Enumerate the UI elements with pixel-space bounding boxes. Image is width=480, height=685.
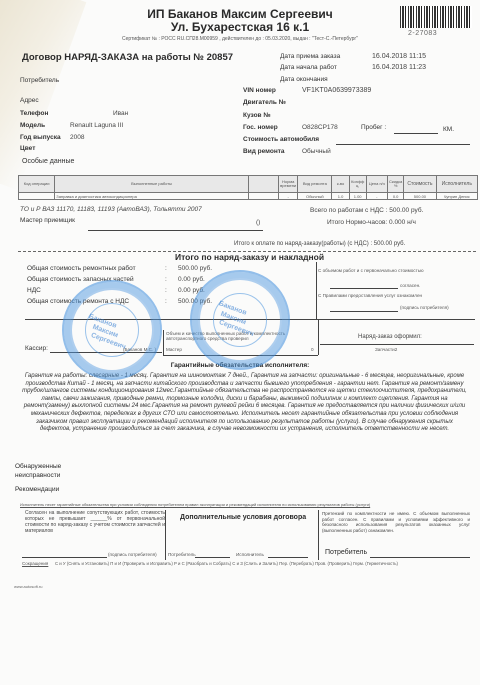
cell-coef: 1.00 <box>349 193 366 200</box>
col-norm: Норма времени <box>279 176 298 193</box>
defects-label-2: неисправности <box>15 472 60 479</box>
cell-qty: 1.0 <box>332 193 349 200</box>
work-order-document: ИП Баканов Максим Сергеевич Ул. Бухарест… <box>0 0 480 685</box>
agree-volume-text: С объемом работ и с первоначально стоимо… <box>318 268 424 273</box>
footer-consumer-label: Потребитель <box>168 552 196 557</box>
mileage-unit: КМ. <box>443 126 454 133</box>
agreed-text: согласен. <box>400 283 420 288</box>
consumer-label: Потребитель <box>20 77 59 84</box>
col-repair-type: Вид ремонта <box>298 176 332 193</box>
cell-discount: 0.0 <box>387 193 403 200</box>
additional-conditions-title: Дополнительные условия договора <box>180 514 306 521</box>
master-acceptor-value: () <box>256 219 260 226</box>
date-end-label: Дата окончания <box>280 76 328 83</box>
phone-label: Телефон <box>20 110 48 117</box>
year-value: 2008 <box>70 134 84 141</box>
model-value: Renault Laguna III <box>70 122 123 129</box>
address-label: Адрес <box>20 97 39 104</box>
agree-sign-line <box>330 288 398 289</box>
reference-text: ТО и Р ВАЗ 11170, 11183, 11193 (АвтоВАЗ)… <box>20 206 202 213</box>
col-qty: к-во <box>332 176 349 193</box>
table-row: Заправка и диагностика автокондиционера … <box>19 193 478 200</box>
date-accepted-value: 16.04.2018 11:15 <box>372 53 426 60</box>
footer-executor-label: Исполнитель <box>236 552 264 557</box>
color-label: Цвет <box>20 145 35 152</box>
col-coef: Коэфф ц. <box>349 176 366 193</box>
cell-blank <box>248 193 278 200</box>
abbrev-text: С и У (Снять и Установить) П и И (Провер… <box>55 561 398 566</box>
cell-norm: - <box>279 193 298 200</box>
cell-cost: 500.00 <box>404 193 436 200</box>
cell-executor: Чуприн Денис <box>436 193 477 200</box>
master-acceptor-line <box>88 230 263 231</box>
vin-value: VF1KT0A0639973389 <box>302 87 371 94</box>
issued-label: Наряд-заказ оформил: <box>358 334 422 340</box>
claims-text: Претензий по комплектности не имею. С об… <box>322 511 470 533</box>
special-data-label: Особые данные <box>22 158 74 165</box>
totals-title: Итого по наряд-заказу и накладной <box>175 252 324 262</box>
total-hours-text: Итого Нормо-часов: 0.000 н/ч <box>327 219 416 226</box>
issued-value: Запчасти2 <box>375 347 397 352</box>
repair-type-value: Обычный <box>302 148 331 155</box>
date-accepted-label: Дата приема заказа <box>280 53 340 60</box>
defects-label-1: Обнаруженные <box>15 463 61 470</box>
col-code: Код операции <box>19 176 55 193</box>
car-cost-line <box>336 144 470 145</box>
vin-label: VIN номер <box>243 87 276 94</box>
totals-label-vat: НДС <box>27 287 41 294</box>
date-start-label: Дата начала работ <box>280 64 337 71</box>
consumer-sign-caption: (подпись потребителя) <box>400 305 449 310</box>
total-payment-text: Итого к оплате по наряд-заказу(работы) (… <box>234 241 405 247</box>
agree-rules-text: С Правилами предоставления услуг ознаком… <box>318 293 422 298</box>
totals-divider <box>316 262 317 320</box>
body-label: Кузов № <box>243 112 271 119</box>
master-label: Мастер <box>166 347 182 352</box>
website-text: www.autosoft.ru <box>14 584 42 589</box>
year-label: Год выпуска <box>20 134 61 141</box>
col-cost: Стоимость <box>404 176 436 193</box>
mileage-line <box>394 133 438 134</box>
abbrev-label: Сокращения <box>22 561 48 566</box>
agree-extra-text: Согласен на выполнение сопутствующих раб… <box>25 510 165 534</box>
plate-value: О828СР178 <box>302 124 338 131</box>
barcode-icon <box>400 6 472 28</box>
cell-code <box>19 193 55 200</box>
col-executor: Исполнитель <box>436 176 477 193</box>
repair-type-label: Вид ремонта <box>243 148 285 155</box>
rules-sign-line <box>330 311 398 312</box>
car-cost-label: Стоимость автомобиля <box>243 136 319 143</box>
cell-price: - <box>366 193 387 200</box>
master-value: 0 <box>311 347 314 352</box>
totals-value-parts: 0.00 руб. <box>178 276 205 283</box>
master-acceptor-label: Мастер приемщик <box>20 217 75 224</box>
cell-work: Заправка и диагностика автокондиционера <box>55 193 249 200</box>
warranty-text: Гарантия на работы: слесарные - 1 месяц.… <box>22 373 467 434</box>
date-start-value: 16.04.2018 11:23 <box>372 64 426 71</box>
warranty-note: Исполнитель несет гарантийные обязательс… <box>20 502 370 507</box>
phone-value: Иван <box>113 110 128 117</box>
mileage-label: Пробег : <box>361 124 386 131</box>
engine-label: Двигатель № <box>243 99 286 106</box>
model-label: Модель <box>20 122 45 129</box>
totals-label-works: Общая стоимость ремонтных работ <box>27 265 136 272</box>
works-table: Код операции Выполненные работы Норма вр… <box>18 175 478 200</box>
col-blank <box>248 176 278 193</box>
cell-repair-type: Обычный <box>298 193 332 200</box>
totals-value-works: 500.00 руб. <box>178 265 212 272</box>
plate-label: Гос. номер <box>243 124 278 131</box>
recommendations-label: Рекомендации <box>15 486 59 493</box>
col-price: Цена н/ч <box>366 176 387 193</box>
cashier-label: Кассир: <box>25 345 48 352</box>
col-works: Выполненные работы <box>55 176 249 193</box>
col-discount: Скидка % <box>387 176 403 193</box>
consumer-big-label: Потребитель <box>325 549 367 556</box>
consumer-sign-caption-footer: (подпись потребителя) <box>108 552 157 557</box>
barcode-number: 2-27083 <box>408 30 437 37</box>
works-table-header: Код операции Выполненные работы Норма вр… <box>19 176 478 193</box>
contract-title: Договор НАРЯД-ЗАКАЗА на работы № 20857 <box>22 52 233 63</box>
total-works-text: Всего по работам с НДС : 500.00 руб. <box>310 207 423 214</box>
